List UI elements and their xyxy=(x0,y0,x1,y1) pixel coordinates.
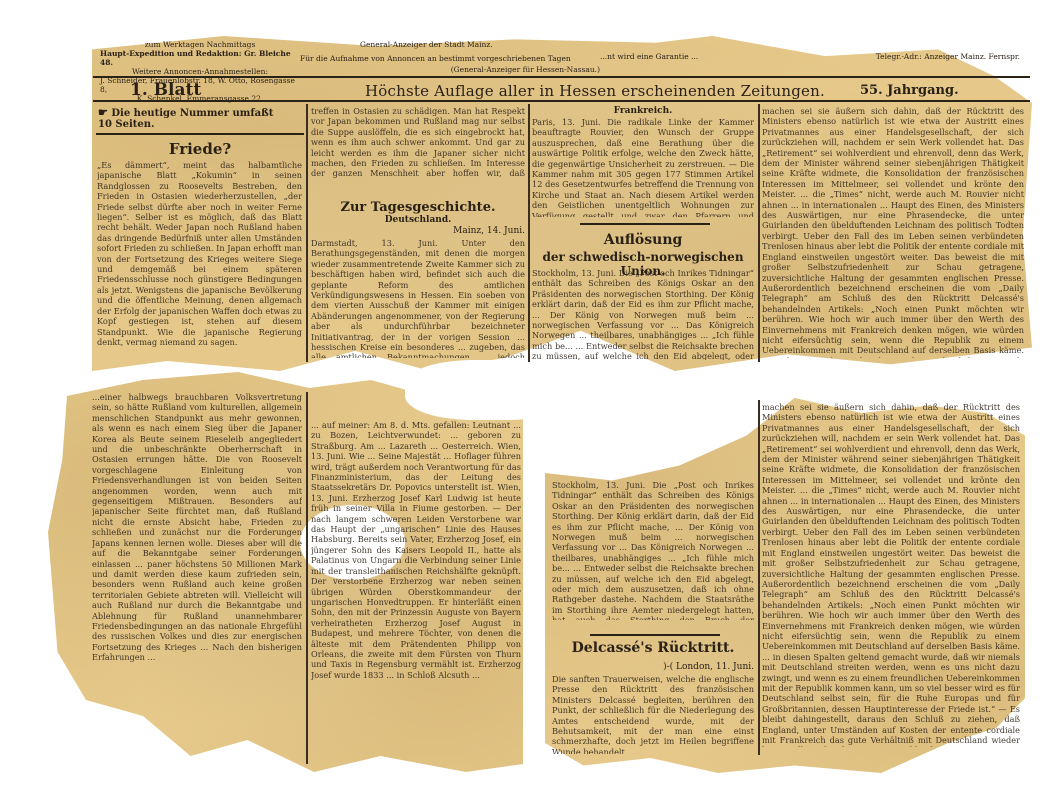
torn-hole xyxy=(405,360,575,420)
pointing-hand-icon: ☛ xyxy=(98,106,108,119)
headline-tagesgeschichte: Zur Tagesgeschichte. xyxy=(311,200,525,215)
masthead-top-center: General-Anzeiger der Stadt Mainz. Für di… xyxy=(300,40,600,74)
headline-delcasse: Delcassé's Rücktritt. xyxy=(552,640,754,656)
article-aufloesung: Stockholm, 13. Juni. Die „Post och Inrik… xyxy=(532,268,754,360)
masthead-rule-top xyxy=(93,76,1030,78)
article-friede-continued: ...einer halbwegs brauchbaren Volksvertr… xyxy=(92,392,302,752)
article-delcasse: Die sanften Trauerweisen, welche die eng… xyxy=(552,674,754,754)
issue-notice: ☛ Die heutige Nummer umfaßt 10 Seiten. xyxy=(98,106,303,130)
section-rule xyxy=(590,634,720,636)
masthead-slogan: Höchste Auflage aller in Hessen erschein… xyxy=(365,82,825,100)
masthead-rule-bottom xyxy=(93,100,1030,102)
dateline-mainz: Mainz, 14. Juni. xyxy=(311,226,525,236)
column-divider xyxy=(758,104,760,362)
article-friede: „Es dämmert“, meint das halbamtliche jap… xyxy=(97,160,302,360)
section-rule xyxy=(580,223,710,225)
volume-number: 55. Jahrgang. xyxy=(860,83,959,98)
column-divider xyxy=(758,400,760,755)
article-col4-bottom: machen sei sie äußern sich dahin, daß de… xyxy=(762,402,1020,747)
article-col2-top: treffen in Ostasien zu schädigen. Man ha… xyxy=(311,106,525,178)
headline-aufloesung: Auflösung xyxy=(532,232,754,248)
article-tagesgeschichte: Darmstadt, 13. Juni. Unter den Berathung… xyxy=(311,238,525,358)
sheet-label: 1. Blatt xyxy=(130,80,201,100)
subhead-frankreich: Frankreich. xyxy=(532,106,754,116)
newspaper-scan: zum Werktagen Nachmittags Haupt-Expediti… xyxy=(0,0,1056,795)
article-aufloesung-continued: Stockholm, 13. Juni. Die „Post och Inrik… xyxy=(552,480,754,620)
masthead-top-right: ...nt wird eine Garantie ... Telegr.-Adr… xyxy=(600,52,1020,61)
subhead-deutschland: Deutschland. xyxy=(311,215,525,225)
notice-rule xyxy=(96,133,304,135)
column-divider xyxy=(306,104,308,362)
article-col4-top: machen sei sie äußern sich dahin, daß de… xyxy=(762,106,1024,358)
article-col2-bottom: ... auf meiner: Am 8. d. Mts. gefallen: … xyxy=(311,420,521,760)
article-frankreich: Paris, 13. Juni. Die radikale Linke der … xyxy=(532,117,754,217)
headline-friede: Friede? xyxy=(96,140,304,158)
column-divider xyxy=(528,104,530,362)
dateline-london: )-( London, 11. Juni. xyxy=(552,662,754,672)
column-divider xyxy=(306,392,308,764)
